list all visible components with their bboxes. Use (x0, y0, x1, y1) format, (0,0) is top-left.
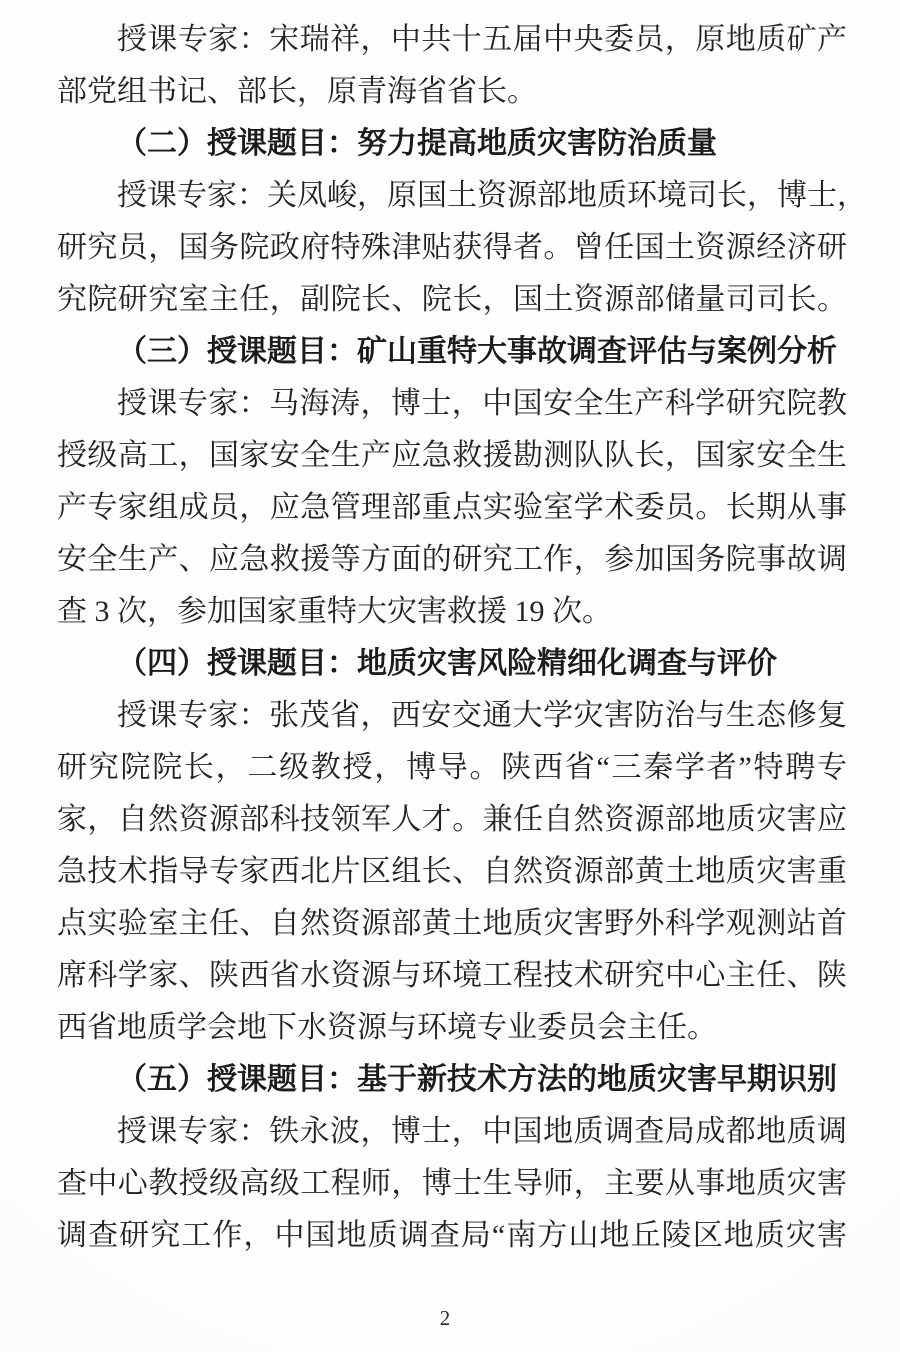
document-text-block: 授课专家：宋瑞祥，中共十五届中央委员，原地质矿产 部党组书记、部长，原青海省省长… (57, 14, 847, 1262)
text-line: 调查研究工作，中国地质调查局“南方山地丘陵区地质灾害 (57, 1210, 847, 1262)
text-line: 授课专家：铁永波，博士，中国地质调查局成都地质调 (57, 1106, 847, 1158)
text-line: 授课专家：张茂省，西安交通大学灾害防治与生态修复 (57, 690, 847, 742)
lecture-topic-heading: （三）授课题目：矿山重特大事故调查评估与案例分析 (57, 326, 847, 378)
text-line: 产专家组成员，应急管理部重点实验室学术委员。长期从事 (57, 482, 847, 534)
text-line: 授级高工，国家安全生产应急救援勘测队队长，国家安全生 (57, 430, 847, 482)
text-line: 授课专家：宋瑞祥，中共十五届中央委员，原地质矿产 (57, 14, 847, 66)
text-line: 究院研究室主任，副院长、院长，国土资源部储量司司长。 (57, 274, 847, 326)
text-line: 研究员，国务院政府特殊津贴获得者。曾任国土资源经济研 (57, 222, 847, 274)
text-line: 安全生产、应急救援等方面的研究工作，参加国务院事故调 (57, 534, 847, 586)
text-line: 西省地质学会地下水资源与环境专业委员会主任。 (57, 1002, 847, 1054)
text-line: 查中心教授级高级工程师，博士生导师，主要从事地质灾害 (57, 1158, 847, 1210)
text-line: 授课专家：关凤峻，原国土资源部地质环境司长，博士， (57, 170, 847, 222)
text-line: 研究院院长，二级教授，博导。陕西省“三秦学者”特聘专 (57, 742, 847, 794)
text-line: 查 3 次，参加国家重特大灾害救援 19 次。 (57, 586, 847, 638)
text-line: 点实验室主任、自然资源部黄土地质灾害野外科学观测站首 (57, 898, 847, 950)
text-line: 席科学家、陕西省水资源与环境工程技术研究中心主任、陕 (57, 950, 847, 1002)
document-page: 授课专家：宋瑞祥，中共十五届中央委员，原地质矿产 部党组书记、部长，原青海省省长… (0, 0, 900, 1352)
text-line: 部党组书记、部长，原青海省省长。 (57, 66, 847, 118)
lecture-topic-heading: （五）授课题目：基于新技术方法的地质灾害早期识别 (57, 1054, 847, 1106)
text-line: 家，自然资源部科技领军人才。兼任自然资源部地质灾害应 (57, 794, 847, 846)
page-number: 2 (0, 1303, 890, 1333)
lecture-topic-heading: （二）授课题目：努力提高地质灾害防治质量 (57, 118, 847, 170)
text-line: 授课专家：马海涛，博士，中国安全生产科学研究院教 (57, 378, 847, 430)
text-line: 急技术指导专家西北片区组长、自然资源部黄土地质灾害重 (57, 846, 847, 898)
lecture-topic-heading: （四）授课题目：地质灾害风险精细化调查与评价 (57, 638, 847, 690)
